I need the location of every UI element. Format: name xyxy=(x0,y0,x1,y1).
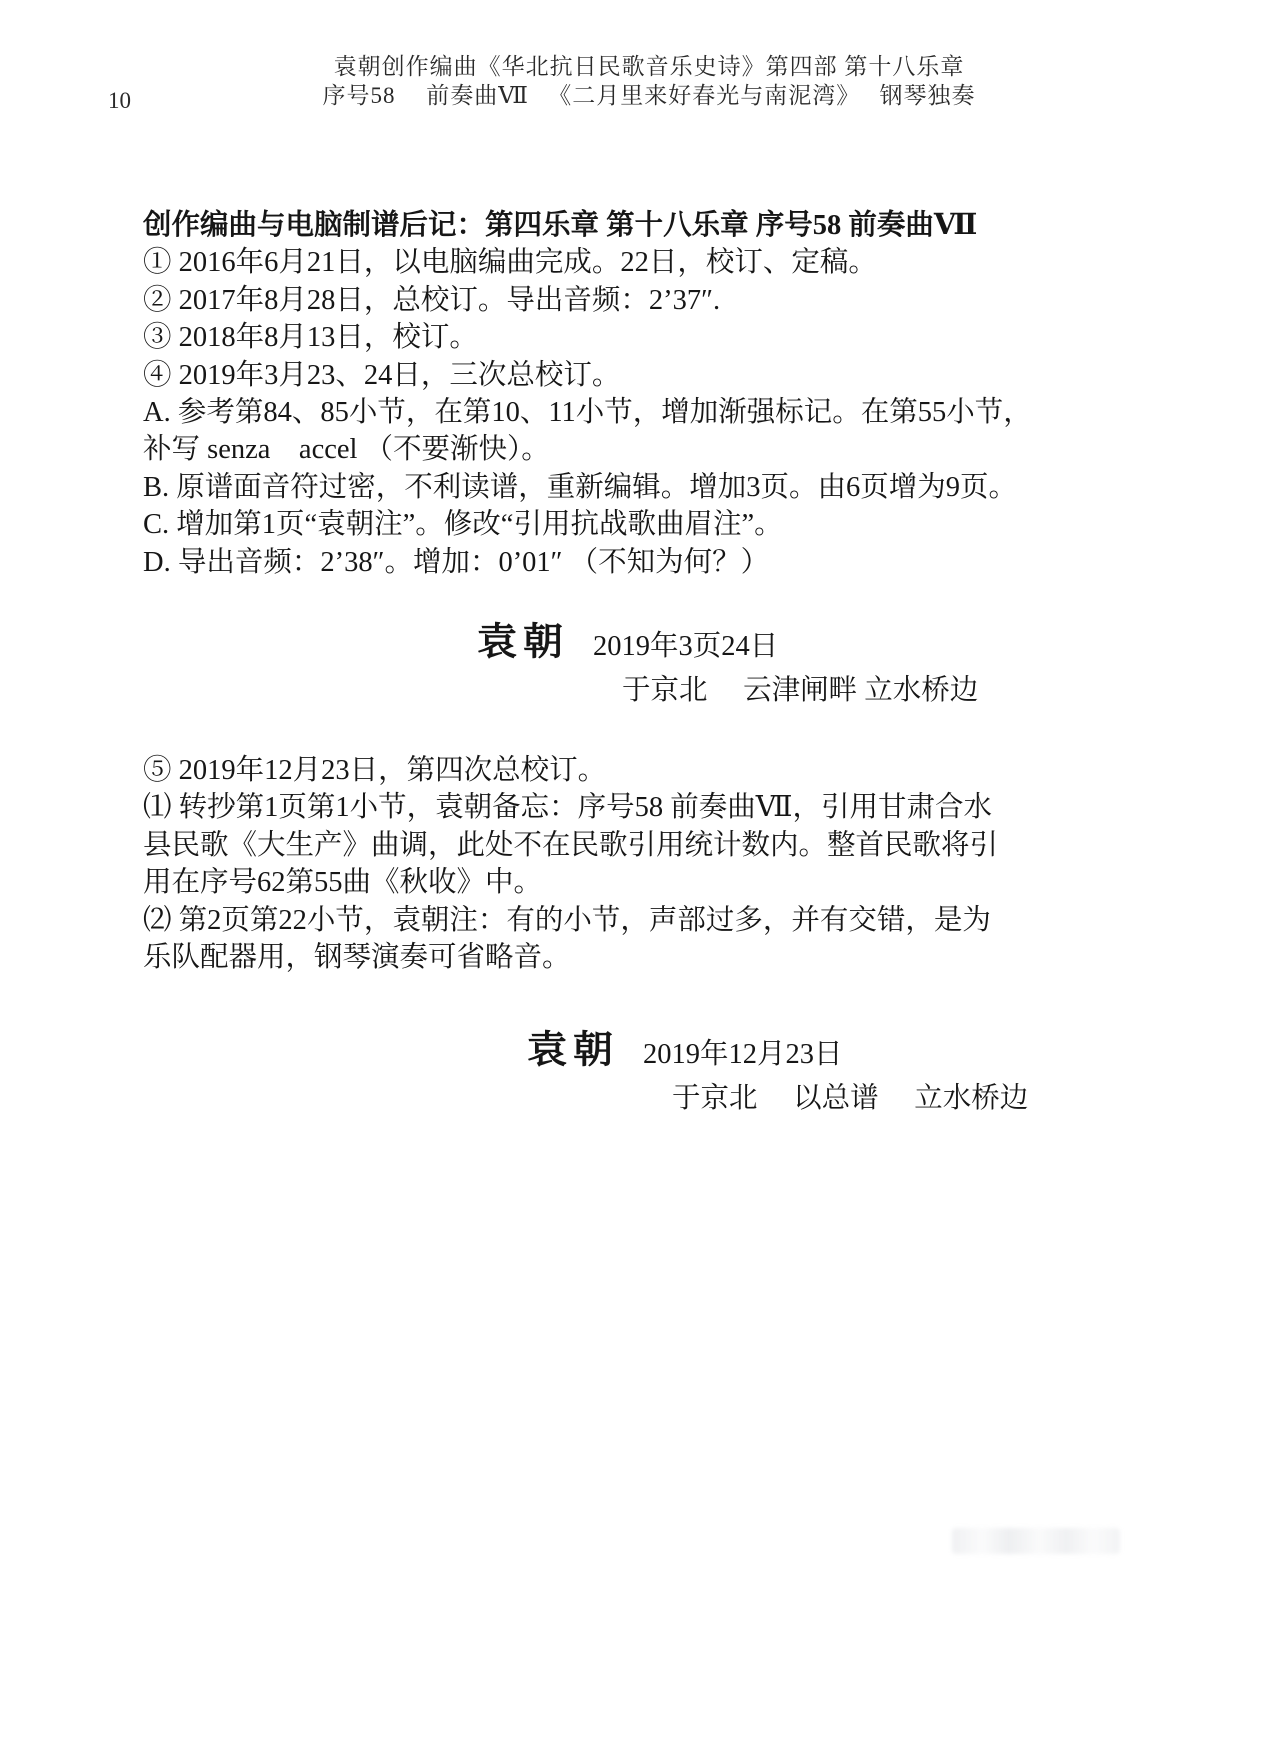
signature-block-2: 袁朝 2019年12月23日 于京北 以总谱 立水桥边 xyxy=(527,1030,1028,1119)
revision-line: ⑵ 第2页第22小节，袁朝注：有的小节，声部过多，并有交错，是为 xyxy=(143,902,933,939)
postscript-line: ① 2016年6月21日，以电脑编曲完成。22日，校订、定稿。 xyxy=(143,244,933,281)
document-page: 10 袁朝创作编曲《华北抗日民歌音乐史诗》第四部 第十八乐章 序号58 前奏曲Ⅶ… xyxy=(0,0,1278,1757)
postscript-line: A. 参考第84、85小节，在第10、11小节，增加渐强标记。在第55小节， xyxy=(143,394,933,431)
running-header: 袁朝创作编曲《华北抗日民歌音乐史诗》第四部 第十八乐章 序号58 前奏曲Ⅶ 《二… xyxy=(0,52,1278,110)
revision-line: 乐队配器用，钢琴演奏可省略音。 xyxy=(143,939,933,976)
signature-name: 袁朝 xyxy=(527,1031,619,1069)
postscript-section: 创作编曲与电脑制谱后记：第四乐章 第十八乐章 序号58 前奏曲Ⅶ ① 2016年… xyxy=(143,207,933,581)
signature-name: 袁朝 xyxy=(477,623,569,661)
watermark-smudge xyxy=(952,1528,1120,1554)
postscript-line: C. 增加第1页“袁朝注”。修改“引用抗战歌曲眉注”。 xyxy=(143,506,933,543)
signature-place: 于京北 以总谱 立水桥边 xyxy=(527,1079,1028,1119)
signature-date: 2019年3页24日 xyxy=(593,627,778,667)
header-line-2: 序号58 前奏曲Ⅶ 《二月里来好春光与南泥湾》 钢琴独奏 xyxy=(0,81,1278,110)
postscript-line: ② 2017年8月28日，总校订。导出音频：2’37″. xyxy=(143,282,933,319)
postscript-line: ③ 2018年8月13日，校订。 xyxy=(143,319,933,356)
postscript-title: 创作编曲与电脑制谱后记：第四乐章 第十八乐章 序号58 前奏曲Ⅶ xyxy=(143,207,933,244)
postscript-line: ④ 2019年3月23、24日，三次总校订。 xyxy=(143,357,933,394)
signature-place: 于京北 云津闸畔 立水桥边 xyxy=(477,671,978,711)
signature-block-1: 袁朝 2019年3页24日 于京北 云津闸畔 立水桥边 xyxy=(477,622,978,711)
revision-line: ⑴ 转抄第1页第1小节，袁朝备忘：序号58 前奏曲Ⅶ，引用甘肃合水 xyxy=(143,789,933,826)
signature-date: 2019年12月23日 xyxy=(643,1035,843,1075)
revision-line: 用在序号62第55曲《秋收》中。 xyxy=(143,864,933,901)
revision-section: ⑤ 2019年12月23日，第四次总校订。 ⑴ 转抄第1页第1小节，袁朝备忘：序… xyxy=(143,752,933,976)
postscript-line: D. 导出音频：2’38″。增加：0’01″ （不知为何？） xyxy=(143,544,933,581)
revision-line: 县民歌《大生产》曲调，此处不在民歌引用统计数内。整首民歌将引 xyxy=(143,827,933,864)
postscript-line: 补写 senza accel （不要渐快）。 xyxy=(143,431,933,468)
header-line-1: 袁朝创作编曲《华北抗日民歌音乐史诗》第四部 第十八乐章 xyxy=(0,52,1278,81)
postscript-line: B. 原谱面音符过密，不利读谱，重新编辑。增加3页。由6页增为9页。 xyxy=(143,469,933,506)
revision-line: ⑤ 2019年12月23日，第四次总校订。 xyxy=(143,752,933,789)
